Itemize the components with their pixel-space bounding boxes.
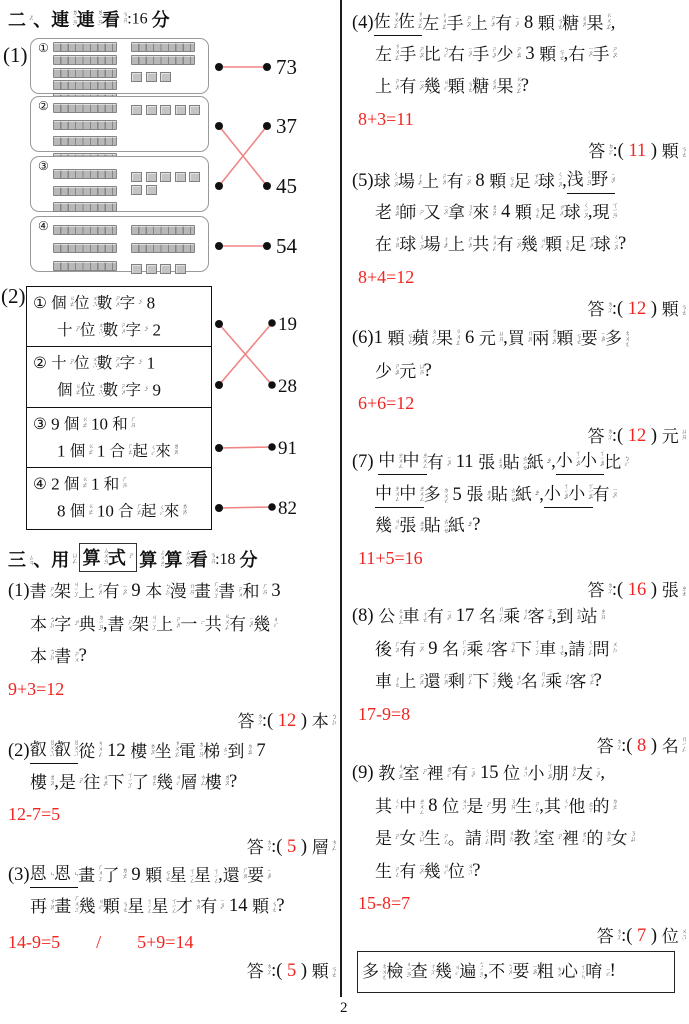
problem-text-line: (8) 公ㄍㄨㄥ車ㄔㄜ有ㄧㄡˇ 17 名ㄇㄧㄥˊ乘ㄔㄥˊ客ㄎㄜˋ,到ㄉㄠˋ站ㄓㄢ… [352,603,605,631]
problem-text-line: 後ㄏㄡˋ有ㄧㄡˇ 9 名ㄇㄧㄥˊ乘ㄔㄥˊ客ㄎㄜˋ下ㄒㄧㄚˋ車ㄔㄜ,請ㄑㄧㄥˇ問ㄨ… [375,636,617,664]
ten-rod [53,261,117,271]
problem-text-line: 樓ㄌㄡˊ,是ㄕˋ往ㄨㄤˇ下ㄒㄧㄚˋ了ㄌㄜ˙幾ㄐㄧˇ層ㄘㄥˊ樓ㄌㄡˊ? [30,769,237,797]
block-number: ④ [38,219,49,234]
table-row-line1: ① 個ㄍㄜˋ位ㄨㄟˋ數ㄕㄨˋ字ㄗˋ 8 [33,290,211,317]
connection-dot [215,381,223,389]
worksheet-page: 二ㄦˋ、連ㄌㄧㄢˊ連ㄌㄧㄢˊ看ㄎㄢˋ:16 分 (1) ①②③④ (2) ① 個… [0,0,689,1024]
answer-line: 答ㄉㄚˊ:( 7 ) 位ㄨㄟˋ [352,923,686,950]
problem-text-line: 本ㄅㄣˇ字ㄗˋ典ㄉㄧㄢˇ,書ㄕㄨ架ㄐㄧㄚˋ上ㄕㄤˋ一ㄧˊ共ㄍㄨㄥˋ有ㄧㄡˇ幾ㄐㄧ… [30,611,278,639]
one-cube [175,264,186,274]
ten-rod [53,243,117,253]
ten-rod [53,225,117,235]
ten-rod [53,68,117,78]
problem-text-line: 在ㄗㄞˋ球ㄑㄧㄡˊ場ㄔㄤˇ上ㄕㄤˋ共ㄍㄨㄥˋ有ㄧㄡˇ幾ㄐㄧˇ顆ㄎㄜ足ㄗㄨˊ球ㄑㄧ… [375,231,626,259]
connection-dot [215,242,223,250]
connection-dot [268,443,276,451]
table-row-line1: ② 十ㄕˊ位ㄨㄟˋ數ㄕㄨˋ字ㄗˋ 1 [33,350,211,377]
block-box: ① [30,38,209,94]
problem-text-line: 本ㄅㄣˇ書ㄕㄨ? [30,643,87,671]
problem-text-line: 少ㄕㄠˇ元ㄩㄢˊ? [375,358,432,386]
answer-equation: 17-9=8 [358,704,410,725]
block-box: ④ [30,216,209,272]
one-cube [146,172,157,182]
table-row-line2: 十ㄕˊ位ㄨㄟˋ數ㄕㄨˋ字ㄗˋ 2 [33,317,211,344]
connection-dot [215,444,223,452]
problem-text-line: 是ㄕˋ女ㄋㄩˇ生ㄕㄥ。請ㄑㄧㄥˇ問ㄨㄣˋ教ㄐㄧㄠˋ室ㄕˋ裡ㄌㄧˇ的ㄉㄜ˙女ㄋㄩˇ [375,825,635,853]
connection-dot [263,242,271,250]
one-cube [175,172,186,182]
one-cube [189,105,200,115]
one-cube [160,72,171,82]
problem-text-line: (5)球ㄑㄧㄡˊ場ㄔㄤˇ上ㄕㄤˋ有ㄧㄡˇ 8 顆ㄎㄜ足ㄗㄨˊ球ㄑㄧㄡˊ,浅ㄑㄧㄢ… [352,166,615,194]
answer-line: 答ㄉㄚˊ:( 12 ) 顆ㄎㄜ [352,296,686,323]
block-box: ③ [30,156,209,212]
one-cube [160,264,171,274]
one-cube [160,172,171,182]
connection-dot [263,182,271,190]
ten-rod [53,120,117,130]
column-divider [340,0,342,997]
problem-text-line: 再ㄗㄞˋ畫ㄏㄨㄚˋ幾ㄐㄧˇ顆ㄎㄜ星ㄒㄧㄥ星ㄒㄧㄥ才ㄘㄞˊ有ㄧㄡˇ 14 顆ㄎㄜ? [30,893,285,921]
connection-line [219,323,272,385]
ten-rod [131,243,195,253]
note-box: 多ㄉㄨㄛ檢ㄐㄧㄢˇ查ㄔㄚˊ幾ㄐㄧˇ遍ㄅㄧㄢˋ,不ㄅㄨˊ要ㄧㄠˋ粗ㄘㄨ心ㄒㄧㄣ唷ㄧ… [357,951,675,993]
problem-text-line: (1)書ㄕㄨ架ㄐㄧㄚˋ上ㄕㄤˋ有ㄧㄡˇ 9 本ㄅㄣˇ漫ㄇㄢˋ畫ㄏㄨㄚˋ書ㄕㄨ和ㄏ… [8,578,281,606]
table-row-line2: 1 個ㄍㄜˋ 1 合ㄏㄜˊ起ㄑㄧˇ來ㄌㄞˊ [33,438,211,465]
matching-table: ① 個ㄍㄜˋ位ㄨㄟˋ數ㄕㄨˋ字ㄗˋ 8十ㄕˊ位ㄨㄟˋ數ㄕㄨˋ字ㄗˋ 2② 十ㄕˊ… [26,286,212,530]
ten-rod [131,55,195,65]
ten-rod [53,80,117,90]
table-row: ④ 2 個ㄍㄜˋ 1 和ㄏㄢˋ8 個ㄍㄜˋ 10 合ㄏㄜˊ起ㄑㄧˇ來ㄌㄞˊ [27,468,211,528]
table-row-line1: ③ 9 個ㄍㄜˋ 10 和ㄏㄢˋ [33,411,211,438]
answer-equation: 8+3=11 [358,109,414,130]
problem-text-line: (2)叡ㄖㄨㄟˋ叡ㄖㄨㄟˋ從ㄘㄨㄥˊ 12 樓ㄌㄡˊ坐ㄗㄨㄛˋ電ㄉㄧㄢˋ梯ㄊㄧ到… [8,736,266,764]
ten-rod [131,225,195,235]
one-cube [175,105,186,115]
answer-line: 答ㄉㄚˊ:( 16 ) 張ㄓㄤ [352,577,686,604]
match-value-label: 37 [276,114,297,138]
one-cube [160,105,171,115]
tens-and-ones-right [131,225,195,274]
match-value-label: 19 [278,314,297,335]
block-number: ③ [38,159,49,174]
one-cube [146,264,157,274]
ten-rod [131,42,195,52]
one-cube [131,172,142,182]
problem-text-line: 車ㄔㄜ上ㄕㄤˋ還ㄏㄞˊ剩ㄕㄥˋ下ㄒㄧㄚˋ幾ㄐㄧˇ名ㄇㄧㄥˊ乘ㄔㄥˊ客ㄎㄜˋ? [375,668,602,696]
one-cube [146,185,157,195]
answer-equation: 14-9=5 / 5+9=14 [8,928,193,954]
connection-dot [215,320,223,328]
ones-cubes-row [131,102,204,115]
problem-text-line: 幾ㄐㄧˇ張ㄓㄤ貼ㄊㄧㄝ紙ㄓˇ? [375,512,480,540]
one-cube [131,105,142,115]
connection-dot [215,504,223,512]
ones-cubes-row [131,261,195,274]
tens-rods-left [53,225,117,279]
connection-line [219,126,267,186]
one-cube [131,72,142,82]
ten-rod [53,103,117,113]
ten-rod [53,55,117,65]
one-cube [189,172,200,182]
connection-dot [268,381,276,389]
one-cube [146,105,157,115]
problem-text-line: 生ㄕㄥ有ㄧㄡˇ幾ㄐㄧˇ位ㄨㄟˋ? [375,858,480,886]
problem-text-line: (7) 中ㄓㄨㄥ中ㄓㄨㄥ有ㄧㄡˇ 11 張ㄓㄤ貼ㄊㄧㄝ紙ㄓˇ,小ㄒㄧㄠˇ小ㄒㄧㄠ… [352,447,629,475]
one-cube [146,72,157,82]
connection-dot [263,122,271,130]
answer-line: 答ㄉㄚˊ:( 11 ) 顆ㄎㄜ [352,138,686,165]
problem-text-line: (4)佐ㄗㄨㄛˇ佐ㄗㄨㄛˇ左ㄗㄨㄛˇ手ㄕㄡˇ上ㄕㄤˋ有ㄧㄡˇ 8 顆ㄎㄜ糖ㄊㄤˊ… [352,8,615,36]
part1-label: (1) [3,43,28,68]
answer-line: 答ㄉㄚˊ:( 12 ) 本ㄅㄣˇ [8,708,336,735]
answer-line: 答ㄉㄚˊ:( 5 ) 層ㄘㄥˊ [8,834,336,861]
block-box: ② [30,96,209,152]
answer-equation: 11+5=16 [358,548,423,569]
problem-text-line: 中ㄓㄨㄥ中ㄓㄨㄥ多ㄉㄨㄛ 5 張ㄓㄤ貼ㄊㄧㄝ紙ㄓˇ,小ㄒㄧㄠˇ小ㄒㄧㄠˇ有ㄧㄡˇ [375,480,617,508]
problem-text-line: 老ㄌㄠˇ師ㄕ又ㄧㄡˋ拿ㄋㄚˊ來ㄌㄞˊ 4 顆ㄎㄜ足ㄗㄨˊ球ㄑㄧㄡˊ,現ㄒㄧㄢˋ [375,199,617,227]
answer-line: 答ㄉㄚˊ:( 5 ) 顆ㄎㄜ [8,958,336,985]
match-value-label: 82 [278,498,297,519]
ten-rod [53,186,117,196]
match-value-label: 91 [278,438,297,459]
problem-text-line: 上ㄕㄤˋ有ㄧㄡˇ幾ㄐㄧˇ顆ㄎㄜ糖ㄊㄤˊ果ㄍㄨㄛˇ? [375,73,529,101]
tens-and-ones-right [131,102,204,115]
connection-line [219,507,272,508]
tens-rods-left [53,169,117,219]
match-value-label: 73 [276,55,297,79]
connection-dot [215,63,223,71]
problem-text-line: (6)1 顆ㄎㄜ蘋ㄆㄧㄥˊ果ㄍㄨㄛˇ 6 元ㄩㄢˊ,買ㄇㄞˇ兩ㄌㄧㄤˇ顆ㄎㄜ要ㄧ… [352,325,629,353]
ones-cubes-row [131,169,204,182]
block-number: ① [38,41,49,56]
table-row-line2: 個ㄍㄜˋ位ㄨㄟˋ數ㄕㄨˋ字ㄗˋ 9 [33,377,211,404]
connection-line [219,447,272,448]
connection-dot [215,182,223,190]
answer-equation: 8+4=12 [358,267,414,288]
table-row: ② 十ㄕˊ位ㄨㄟˋ數ㄕㄨˋ字ㄗˋ 1個ㄍㄜˋ位ㄨㄟˋ數ㄕㄨˋ字ㄗˋ 9 [27,347,211,407]
answer-equation: 15-8=7 [358,893,410,914]
tens-and-ones-right [131,42,195,82]
connection-dot [263,63,271,71]
match-value-label: 54 [276,234,298,258]
ten-rod [53,42,117,52]
one-cube [131,185,142,195]
answer-equation: 6+6=12 [358,393,414,414]
one-cube [131,264,142,274]
part2-label: (2) [1,284,26,309]
page-number: 2 [340,1000,348,1017]
connection-dot [268,319,276,327]
match-value-label: 45 [276,174,297,198]
table-row: ③ 9 個ㄍㄜˋ 10 和ㄏㄢˋ1 個ㄍㄜˋ 1 合ㄏㄜˊ起ㄑㄧˇ來ㄌㄞˊ [27,408,211,468]
connection-line [219,126,267,186]
section2-heading: 二ㄦˋ、連ㄌㄧㄢˊ連ㄌㄧㄢˊ看ㄎㄢˋ:16 分 [8,6,170,33]
table-row: ① 個ㄍㄜˋ位ㄨㄟˋ數ㄕㄨˋ字ㄗˋ 8十ㄕˊ位ㄨㄟˋ數ㄕㄨˋ字ㄗˋ 2 [27,287,211,347]
answer-line: 答ㄉㄚˊ:( 12 ) 元ㄩㄢˊ [352,423,686,450]
connection-line [219,324,272,385]
problem-text-line: (3)恩ㄣ恩ㄣ畫ㄏㄨㄚˋ了ㄌㄜ˙ 9 顆ㄎㄜ星ㄒㄧㄥ星ㄒㄧㄥ,還ㄏㄞˊ要ㄧㄠˋ [8,860,271,888]
answer-equation: 9+3=12 [8,679,64,700]
connection-dot [215,122,223,130]
ones-cubes-row [131,69,195,82]
problem-text-line: 其ㄑㄧˊ中ㄓㄨㄥ 8 位ㄨㄟˋ是ㄕˋ男ㄋㄢˊ生ㄕㄥ,其ㄑㄧˊ他ㄊㄚ的ㄉㄜ˙ [375,793,617,821]
tens-and-ones-right [131,169,204,195]
table-row-line2: 8 個ㄍㄜˋ 10 合ㄏㄜˊ起ㄑㄧˇ來ㄌㄞˊ [33,498,211,525]
answer-line: 答ㄉㄚˊ:( 8 ) 名ㄇㄧㄥˊ [352,733,686,760]
ten-rod [53,169,117,179]
ten-rod [53,202,117,212]
block-number: ② [38,99,49,114]
section3-heading: 三ㄙㄢ、用ㄩㄥˋ算ㄙㄨㄢˋ式ㄕˋ算ㄙㄨㄢˋ算ㄙㄨㄢˋ看ㄎㄢˋ:18 分 [8,543,258,573]
ones-cubes-row [131,182,204,195]
table-row-line1: ④ 2 個ㄍㄜˋ 1 和ㄏㄢˋ [33,471,211,498]
ten-rod [53,136,117,146]
answer-equation: 12-7=5 [8,804,60,825]
problem-text-line: 左ㄗㄨㄛˇ手ㄕㄡˇ比ㄅㄧˇ右ㄧㄡˋ手ㄕㄡˇ少ㄕㄠˇ 3 顆ㄎㄜ,右ㄧㄡˋ手ㄕㄡˇ [375,41,617,69]
problem-text-line: (9) 教ㄐㄧㄠˋ室ㄕˋ裡ㄌㄧˇ有ㄧㄡˇ 15 位ㄨㄟˋ小ㄒㄧㄠˇ朋ㄆㄥˊ友ㄧㄡ… [352,760,605,788]
match-value-label: 28 [278,376,297,397]
connection-dot [268,503,276,511]
